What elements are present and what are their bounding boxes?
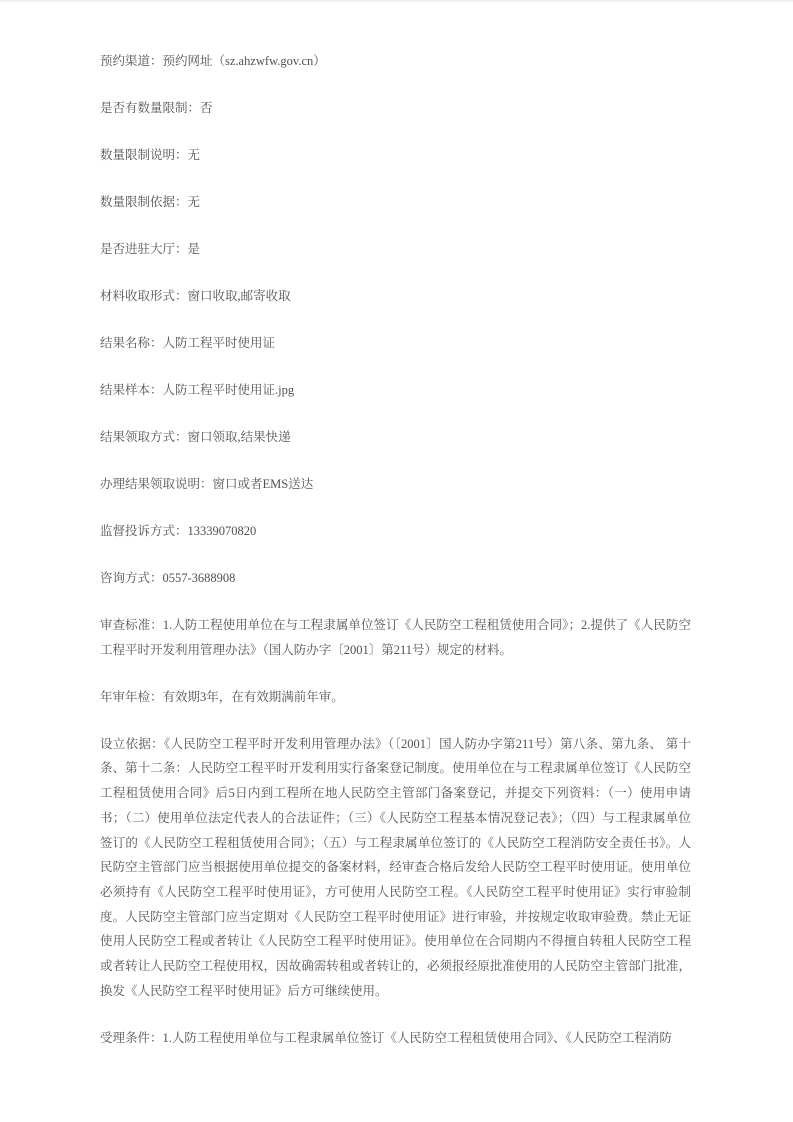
field-result-pickup-method-value: 窗口领取,结果快递 (188, 430, 291, 444)
field-quantity-limit-description: 数量限制说明：无 (100, 143, 691, 168)
field-result-name-value: 人防工程平时使用证 (163, 336, 276, 350)
document-page: 预约渠道：预约网址（sz.ahzwfw.gov.cn） 是否有数量限制：否 数量… (0, 0, 793, 1122)
field-appointment-channel: 预约渠道：预约网址（sz.ahzwfw.gov.cn） (100, 49, 691, 74)
field-material-collection-method-value: 窗口收取,邮寄收取 (188, 289, 291, 303)
field-consultation-method-value: 0557-3688908 (163, 571, 236, 585)
field-result-name: 结果名称：人防工程平时使用证 (100, 331, 691, 356)
field-review-standard-label: 审查标准： (100, 618, 163, 632)
field-review-standard: 审查标准：1.人防工程使用单位在与工程隶属单位签订《人民防空工程租赁使用合同》；… (100, 613, 691, 662)
field-quantity-limit-basis-value: 无 (188, 195, 201, 209)
field-in-service-hall: 是否进驻大厅：是 (100, 237, 691, 262)
field-consultation-method-label: 咨询方式： (100, 571, 163, 585)
field-annual-review-label: 年审年检： (100, 690, 163, 704)
field-result-sample-label: 结果样本： (100, 383, 163, 397)
field-appointment-channel-value: 预约网址（sz.ahzwfw.gov.cn） (163, 54, 326, 68)
field-establishment-basis: 设立依据：《人民防空工程平时开发利用管理办法》（〔2001〕国人防办字第211号… (100, 732, 691, 1004)
field-supervision-complaint-method-value: 13339070820 (188, 524, 257, 538)
field-review-standard-value: 1.人防工程使用单位在与工程隶属单位签订《人民防空工程租赁使用合同》；2.提供了… (100, 618, 691, 657)
field-result-sample: 结果样本：人防工程平时使用证.jpg (100, 378, 691, 403)
field-material-collection-method: 材料收取形式：窗口收取,邮寄收取 (100, 284, 691, 309)
field-quantity-limit-basis: 数量限制依据：无 (100, 190, 691, 215)
field-in-service-hall-value: 是 (188, 242, 201, 256)
field-establishment-basis-value: 《人民防空工程平时开发利用管理办法》（〔2001〕国人防办字第211号）第八条、… (100, 737, 691, 998)
page-top-edge (0, 0, 793, 2)
field-result-pickup-method: 结果领取方式：窗口领取,结果快递 (100, 425, 691, 450)
field-result-pickup-method-label: 结果领取方式： (100, 430, 188, 444)
field-acceptance-conditions-label: 受理条件： (100, 1031, 163, 1045)
field-has-quantity-limit: 是否有数量限制：否 (100, 96, 691, 121)
field-result-sample-value: 人防工程平时使用证.jpg (163, 383, 295, 397)
field-quantity-limit-basis-label: 数量限制依据： (100, 195, 188, 209)
field-acceptance-conditions: 受理条件：1.人防工程使用单位与工程隶属单位签订《人民防空工程租赁使用合同》、《… (100, 1026, 691, 1051)
field-quantity-limit-description-value: 无 (188, 148, 201, 162)
field-establishment-basis-label: 设立依据： (100, 737, 164, 751)
field-result-pickup-note-value: 窗口或者EMS送达 (213, 477, 314, 491)
field-result-pickup-note-label: 办理结果领取说明： (100, 477, 213, 491)
field-supervision-complaint-method-label: 监督投诉方式： (100, 524, 188, 538)
field-result-pickup-note: 办理结果领取说明：窗口或者EMS送达 (100, 472, 691, 497)
field-result-name-label: 结果名称： (100, 336, 163, 350)
field-annual-review-value: 有效期3年，在有效期满前年审。 (163, 690, 344, 704)
field-acceptance-conditions-value: 1.人防工程使用单位与工程隶属单位签订《人民防空工程租赁使用合同》、《人民防空工… (163, 1031, 672, 1045)
field-annual-review: 年审年检：有效期3年，在有效期满前年审。 (100, 685, 691, 710)
field-appointment-channel-label: 预约渠道： (100, 54, 163, 68)
field-in-service-hall-label: 是否进驻大厅： (100, 242, 188, 256)
field-material-collection-method-label: 材料收取形式： (100, 289, 188, 303)
document-content: 预约渠道：预约网址（sz.ahzwfw.gov.cn） 是否有数量限制：否 数量… (100, 49, 691, 1073)
field-quantity-limit-description-label: 数量限制说明： (100, 148, 188, 162)
field-has-quantity-limit-label: 是否有数量限制： (100, 101, 200, 115)
field-consultation-method: 咨询方式：0557-3688908 (100, 566, 691, 591)
field-has-quantity-limit-value: 否 (200, 101, 213, 115)
field-supervision-complaint-method: 监督投诉方式：13339070820 (100, 519, 691, 544)
